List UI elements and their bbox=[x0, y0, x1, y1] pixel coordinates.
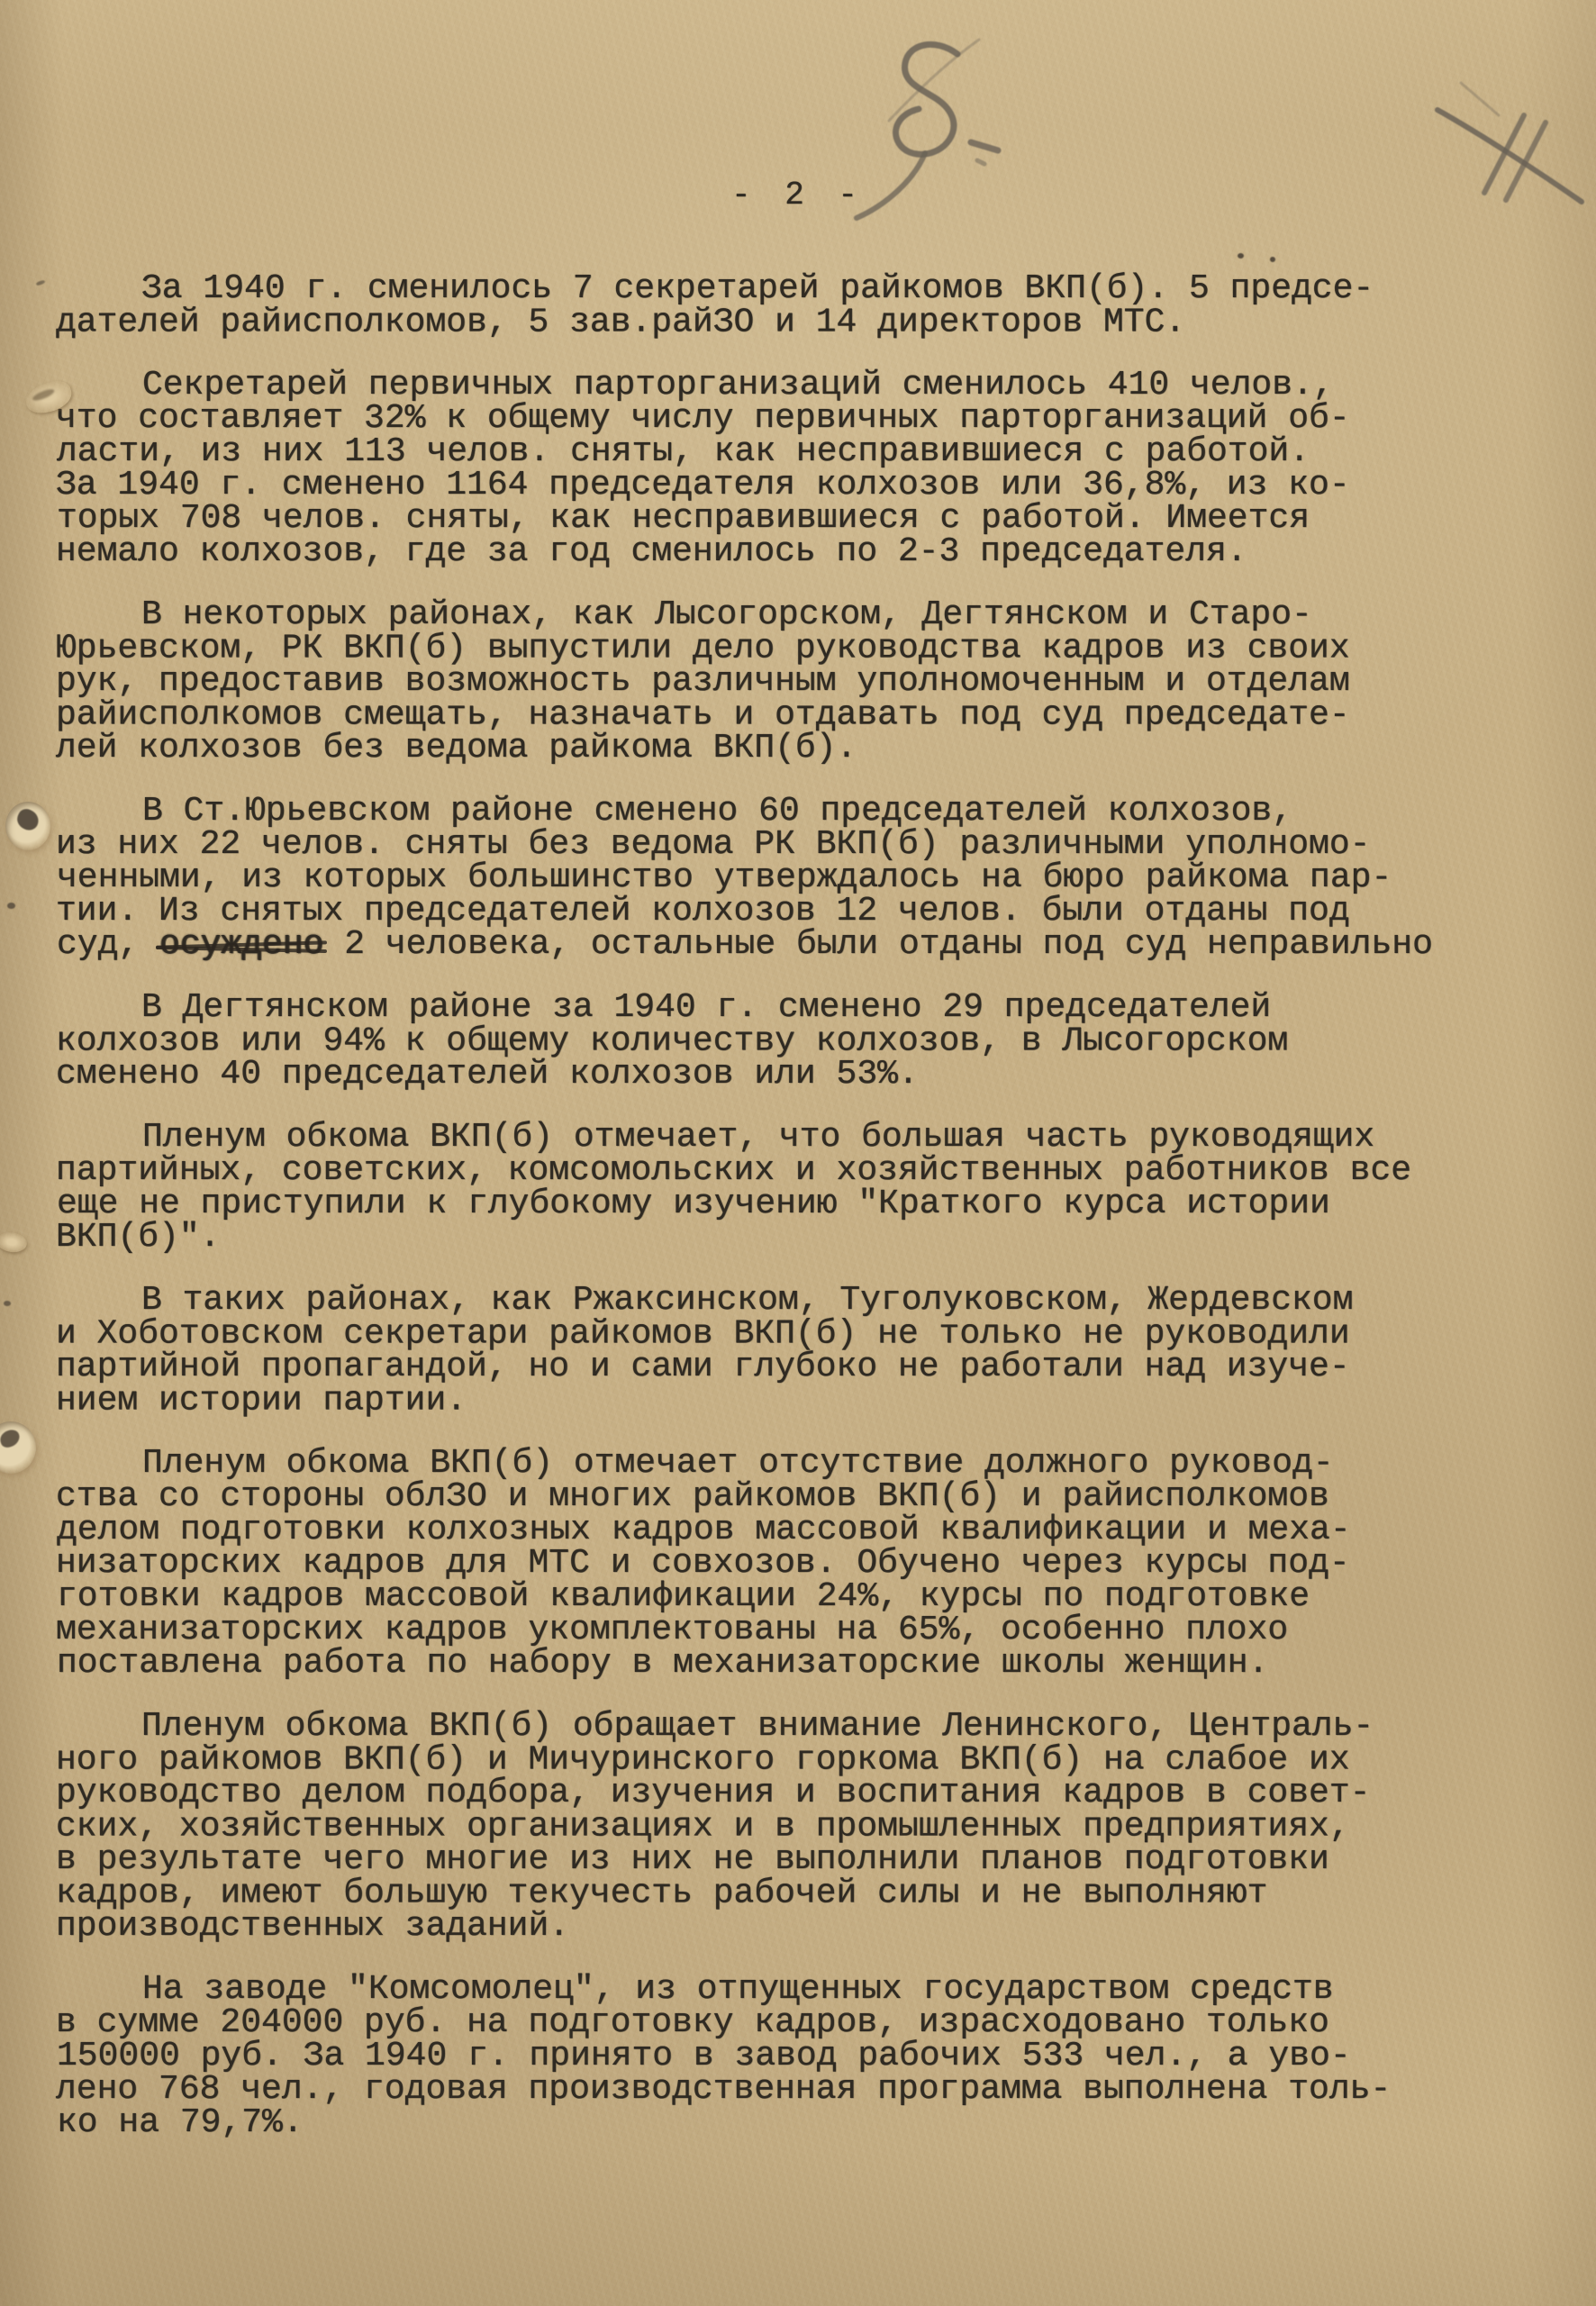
ink-speck bbox=[36, 279, 46, 286]
paragraph: Пленум обкома ВКП(б) обращает внимание Л… bbox=[56, 1710, 1425, 1943]
struck-word: осуждено bbox=[159, 928, 323, 961]
paragraph: На заводе "Комсомолец", из отпущенных го… bbox=[56, 1973, 1425, 2139]
paragraph: За 1940 г. сменилось 7 секретарей райком… bbox=[56, 272, 1425, 339]
text-line: сменено 40 председателей колхозов или 53… bbox=[56, 1058, 1425, 1091]
text-line: торых 708 челов. сняты, как несправившие… bbox=[57, 502, 1426, 535]
typed-text-body: За 1940 г. сменилось 7 секретарей райком… bbox=[56, 272, 1425, 2139]
text-line: Пленум обкома ВКП(б) отмечает, что больш… bbox=[57, 1121, 1426, 1154]
text-line: лей колхозов без ведома райкома ВКП(б). bbox=[56, 731, 1425, 765]
text-line: рук, предоставив возможность различным у… bbox=[56, 665, 1425, 698]
text-line: партийной пропагандой, но и сами глубоко… bbox=[56, 1350, 1425, 1384]
paragraph: Секретарей первичных парторганизаций сме… bbox=[56, 368, 1425, 568]
text-line: колхозов или 94% к общему количеству кол… bbox=[56, 1025, 1425, 1058]
text-line: В Ст.Юрьевском районе сменено 60 председ… bbox=[57, 794, 1426, 828]
page-number: - 2 - bbox=[0, 177, 1596, 213]
text-line: низаторских кадров для МТС и совхозов. О… bbox=[56, 1547, 1425, 1580]
paragraph: В Дегтянском районе за 1940 г. сменено 2… bbox=[56, 991, 1425, 1091]
text-line: делом подготовки колхозных кадров массов… bbox=[57, 1513, 1426, 1547]
text-line: лено 768 чел., годовая производственная … bbox=[56, 2073, 1425, 2106]
text-line: кадров, имеют большую текучесть рабочей … bbox=[56, 1877, 1425, 1911]
strike-line-suffix: 2 человека, остальные были отданы под су… bbox=[323, 925, 1432, 964]
text-line: ВКП(б)". bbox=[56, 1221, 1425, 1254]
text-line: что составляет 32% к общему числу первич… bbox=[56, 402, 1425, 435]
punch-hole bbox=[5, 802, 50, 850]
text-line: немало колхозов, где за год сменилось по… bbox=[56, 535, 1425, 568]
text-line: Пленум обкома ВКП(б) обращает внимание Л… bbox=[56, 1710, 1425, 1743]
text-line: тии. Из снятых председателей колхозов 12… bbox=[56, 894, 1425, 928]
text-line: в сумме 204000 руб. на подготовку кадров… bbox=[56, 2006, 1425, 2039]
paper-tear-small bbox=[0, 1230, 28, 1255]
text-line: партийных, советских, комсомольских и хо… bbox=[56, 1154, 1425, 1187]
text-line: ченными, из которых большинство утвержда… bbox=[57, 861, 1426, 894]
scanned-document-page: - 2 - За 1940 г. сменилось 7 секретарей … bbox=[0, 0, 1596, 2306]
punch-hole-edge bbox=[0, 1421, 36, 1474]
text-line: в результате чего многие из них не выпол… bbox=[56, 1843, 1425, 1876]
text-line: еще не приступили к глубокому изучению "… bbox=[57, 1187, 1426, 1221]
text-line: готовки кадров массовой квалификации 24%… bbox=[57, 1580, 1426, 1613]
text-line: В Дегтянском районе за 1940 г. сменено 2… bbox=[56, 991, 1425, 1024]
text-line: ко на 79,7%. bbox=[57, 2106, 1426, 2139]
ink-speck bbox=[7, 903, 15, 909]
text-line: райисполкомов смещать, назначать и отдав… bbox=[56, 699, 1425, 732]
strike-line-prefix: суд, bbox=[57, 925, 159, 964]
text-line: Юрьевском, РК ВКП(б) выпустили дело руко… bbox=[56, 632, 1425, 666]
text-line: Секретарей первичных парторганизаций сме… bbox=[57, 368, 1426, 402]
text-line: из них 22 челов. сняты без ведома РК ВКП… bbox=[56, 828, 1425, 861]
text-line: производственных заданий. bbox=[56, 1910, 1425, 1943]
text-line: За 1940 г. сменилось 7 секретарей райком… bbox=[56, 272, 1425, 305]
text-line: ских, хозяйственных организациях и в про… bbox=[56, 1811, 1425, 1844]
text-line: и Хоботовском секретари райкомов ВКП(б) … bbox=[56, 1318, 1425, 1351]
text-line: На заводе "Комсомолец", из отпущенных го… bbox=[57, 1973, 1426, 2006]
paragraph: Пленум обкома ВКП(б) отмечает, что больш… bbox=[56, 1121, 1425, 1254]
text-line: поставлена работа по набору в механизато… bbox=[57, 1647, 1426, 1680]
ink-speck bbox=[1238, 253, 1244, 259]
text-line: руководство делом подбора, изучения и во… bbox=[56, 1776, 1425, 1810]
text-line: В некоторых районах, как Лысогорском, Де… bbox=[56, 598, 1425, 631]
paragraph: В Ст.Юрьевском районе сменено 60 председ… bbox=[56, 794, 1425, 961]
text-line-with-strikeout: суд, осуждено 2 человека, остальные были… bbox=[57, 928, 1426, 961]
text-line: ного райкомов ВКП(б) и Мичуринского горк… bbox=[56, 1744, 1425, 1777]
ink-speck bbox=[4, 1301, 11, 1306]
text-line: ства со стороны облЗО и многих райкомов … bbox=[56, 1480, 1425, 1513]
paragraph: Пленум обкома ВКП(б) отмечает отсутствие… bbox=[56, 1447, 1425, 1680]
text-line: механизаторских кадров укомплектованы на… bbox=[56, 1613, 1425, 1647]
paragraph: В таких районах, как Ржаксинском, Туголу… bbox=[56, 1284, 1425, 1417]
text-line: дателей райисполкомов, 5 зав.райЗО и 14 … bbox=[56, 306, 1425, 340]
paragraph: В некоторых районах, как Лысогорском, Де… bbox=[56, 598, 1425, 765]
text-line: нием истории партии. bbox=[56, 1385, 1425, 1418]
text-line: 150000 руб. За 1940 г. принято в завод р… bbox=[57, 2039, 1426, 2073]
text-line: ласти, из них 113 челов. сняты, как несп… bbox=[57, 435, 1426, 468]
ink-speck bbox=[1270, 257, 1275, 262]
text-line: Пленум обкома ВКП(б) отмечает отсутствие… bbox=[57, 1447, 1426, 1480]
text-line: В таких районах, как Ржаксинском, Туголу… bbox=[56, 1284, 1425, 1317]
text-line: За 1940 г. сменено 1164 председателя кол… bbox=[56, 468, 1425, 502]
